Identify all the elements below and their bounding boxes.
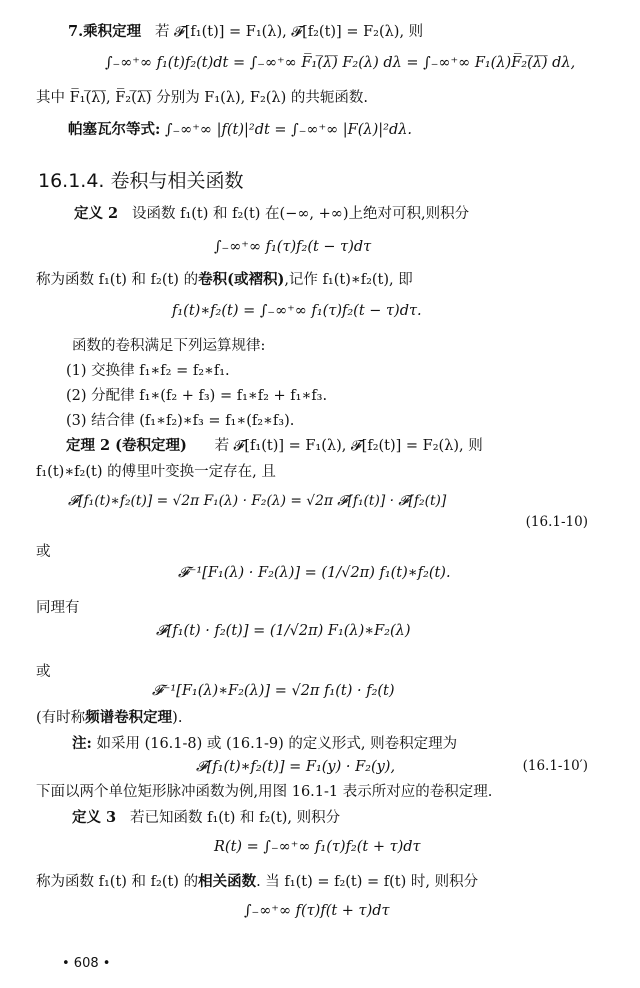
section-heading: 16.1.4. 卷积与相关函数 bbox=[38, 166, 244, 193]
definition2-line: 定义 2 设函数 f₁(t) 和 f₂(t) 在(−∞, +∞)上绝对可积,则积… bbox=[74, 204, 469, 224]
product-theorem-formula: ∫₋∞⁺∞ f₁(t)f₂(t)dt = ∫₋∞⁺∞ F̅₁(̅λ̅)̅ F₂(… bbox=[105, 52, 575, 74]
inverse-convolution-formula: 𝓕⁻¹[F₁(λ) · F₂(λ)] = (1/√2π) f₁(t)∗f₂(t)… bbox=[178, 562, 451, 584]
page-number: • 608 • bbox=[62, 956, 110, 971]
similarly-label: 同理有 bbox=[36, 598, 80, 618]
equation-number-16-1-10-prime: (16.1-10′) bbox=[523, 758, 588, 774]
parseval-formula: ∫₋∞⁺∞ |f(t)|²dt = ∫₋∞⁺∞ |F(λ)|²dλ. bbox=[165, 122, 412, 138]
definition2-integral: ∫₋∞⁺∞ f₁(τ)f₂(t − τ)dτ bbox=[214, 236, 371, 258]
definition2-text: 设函数 f₁(t) 和 f₂(t) 在(−∞, +∞)上绝对可积,则积分 bbox=[132, 206, 469, 222]
definition3-text2-suffix: . 当 f₁(t) = f₂(t) = f(t) 时, 则积分 bbox=[256, 874, 478, 890]
remark-formula: 𝓕[f₁(t)∗f₂(t)] = F₁(y) · F₂(y), bbox=[196, 756, 395, 778]
product-theorem-statement: 若 𝓕[f₁(t)] = F₁(λ), 𝓕[f₂(t)] = F₂(λ), 则 bbox=[155, 24, 423, 40]
correlation-term: 相关函数 bbox=[198, 873, 256, 890]
correlation-formula: R(t) = ∫₋∞⁺∞ f₁(τ)f₂(t + τ)dτ bbox=[214, 836, 421, 858]
product-theorem-line: 7.乘积定理 若 𝓕[f₁(t)] = F₁(λ), 𝓕[f₂(t)] = F₂… bbox=[68, 22, 423, 42]
laws-intro: 函数的卷积满足下列运算规律: bbox=[72, 336, 265, 356]
aside-suffix: ). bbox=[172, 710, 182, 726]
remark-label: 注: bbox=[72, 735, 92, 752]
definition2-text2-suffix: ,记作 f₁(t)∗f₂(t), 即 bbox=[284, 272, 412, 288]
or-label-1: 或 bbox=[36, 542, 51, 562]
definition2-label: 定义 2 bbox=[74, 205, 118, 222]
aside-prefix: (有时称 bbox=[36, 710, 85, 726]
definition2-text2-prefix: 称为函数 f₁(t) 和 f₂(t) 的 bbox=[36, 272, 198, 288]
equation-number-16-1-10: (16.1-10) bbox=[526, 514, 588, 530]
parseval-label: 帕塞瓦尔等式: bbox=[68, 121, 160, 138]
convolution-formula: f₁(t)∗f₂(t) = ∫₋∞⁺∞ f₁(τ)f₂(t − τ)dτ. bbox=[172, 300, 422, 322]
section-title: 卷积与相关函数 bbox=[111, 170, 244, 192]
remark-text: 如采用 (16.1-8) 或 (16.1-9) 的定义形式, 则卷积定理为 bbox=[96, 736, 457, 752]
theorem2-label: 定理 2 (卷积定理) bbox=[66, 437, 187, 454]
definition3-text: 若已知函数 f₁(t) 和 f₂(t), 则积分 bbox=[130, 810, 340, 826]
definition3-label: 定义 3 bbox=[72, 809, 116, 826]
remark-line: 注: 如采用 (16.1-8) 或 (16.1-9) 的定义形式, 则卷积定理为 bbox=[72, 734, 457, 754]
definition2-line2: 称为函数 f₁(t) 和 f₂(t) 的卷积(或褶积),记作 f₁(t)∗f₂(… bbox=[36, 270, 413, 290]
convolution-term: 卷积(或褶积) bbox=[198, 271, 284, 288]
figure-reference: 下面以两个单位矩形脉冲函数为例,用图 16.1-1 表示所对应的卷积定理. bbox=[36, 782, 492, 802]
inverse-frequency-convolution-formula: 𝓕⁻¹[F₁(λ)∗F₂(λ)] = √2π f₁(t) · f₂(t) bbox=[152, 680, 395, 702]
convolution-theorem-formula: 𝓕[f₁(t)∗f₂(t)] = √2π F₁(λ) · F₂(λ) = √2π… bbox=[68, 490, 446, 512]
law-commutative: (1) 交换律 f₁∗f₂ = f₂∗f₁. bbox=[66, 361, 230, 381]
theorem2-statement: 若 𝓕[f₁(t)] = F₁(λ), 𝓕[f₂(t)] = F₂(λ), 则 bbox=[215, 438, 483, 454]
theorem2-line2: f₁(t)∗f₂(t) 的傅里叶变换一定存在, 且 bbox=[36, 462, 276, 482]
law-associative: (3) 结合律 (f₁∗f₂)∗f₃ = f₁∗(f₂∗f₃). bbox=[66, 411, 294, 431]
product-theorem-label: 7.乘积定理 bbox=[68, 23, 141, 40]
definition3-line2: 称为函数 f₁(t) 和 f₂(t) 的相关函数. 当 f₁(t) = f₂(t… bbox=[36, 872, 478, 892]
conjugate-note: 其中 F̅₁(̅λ̅)̅, F̅₂(̅λ̅)̅ 分别为 F₁(λ), F₂(λ)… bbox=[36, 88, 368, 108]
section-number: 16.1.4. bbox=[38, 170, 104, 192]
theorem2-line: 定理 2 (卷积定理) 若 𝓕[f₁(t)] = F₁(λ), 𝓕[f₂(t)]… bbox=[66, 436, 483, 456]
definition3-text2-prefix: 称为函数 f₁(t) 和 f₂(t) 的 bbox=[36, 874, 198, 890]
law-distributive: (2) 分配律 f₁∗(f₂ + f₃) = f₁∗f₂ + f₁∗f₃. bbox=[66, 386, 327, 406]
spectral-convolution-term: 频谱卷积定理 bbox=[85, 709, 172, 726]
definition3-line: 定义 3 若已知函数 f₁(t) 和 f₂(t), 则积分 bbox=[72, 808, 340, 828]
autocorrelation-integral: ∫₋∞⁺∞ f(τ)f(t + τ)dτ bbox=[244, 900, 390, 922]
frequency-convolution-formula: 𝓕[f₁(t) · f₂(t)] = (1/√2π) F₁(λ)∗F₂(λ) bbox=[156, 620, 411, 642]
spectral-convolution-aside: (有时称频谱卷积定理). bbox=[36, 708, 182, 728]
parseval-line: 帕塞瓦尔等式: ∫₋∞⁺∞ |f(t)|²dt = ∫₋∞⁺∞ |F(λ)|²d… bbox=[68, 120, 412, 140]
or-label-2: 或 bbox=[36, 662, 51, 682]
